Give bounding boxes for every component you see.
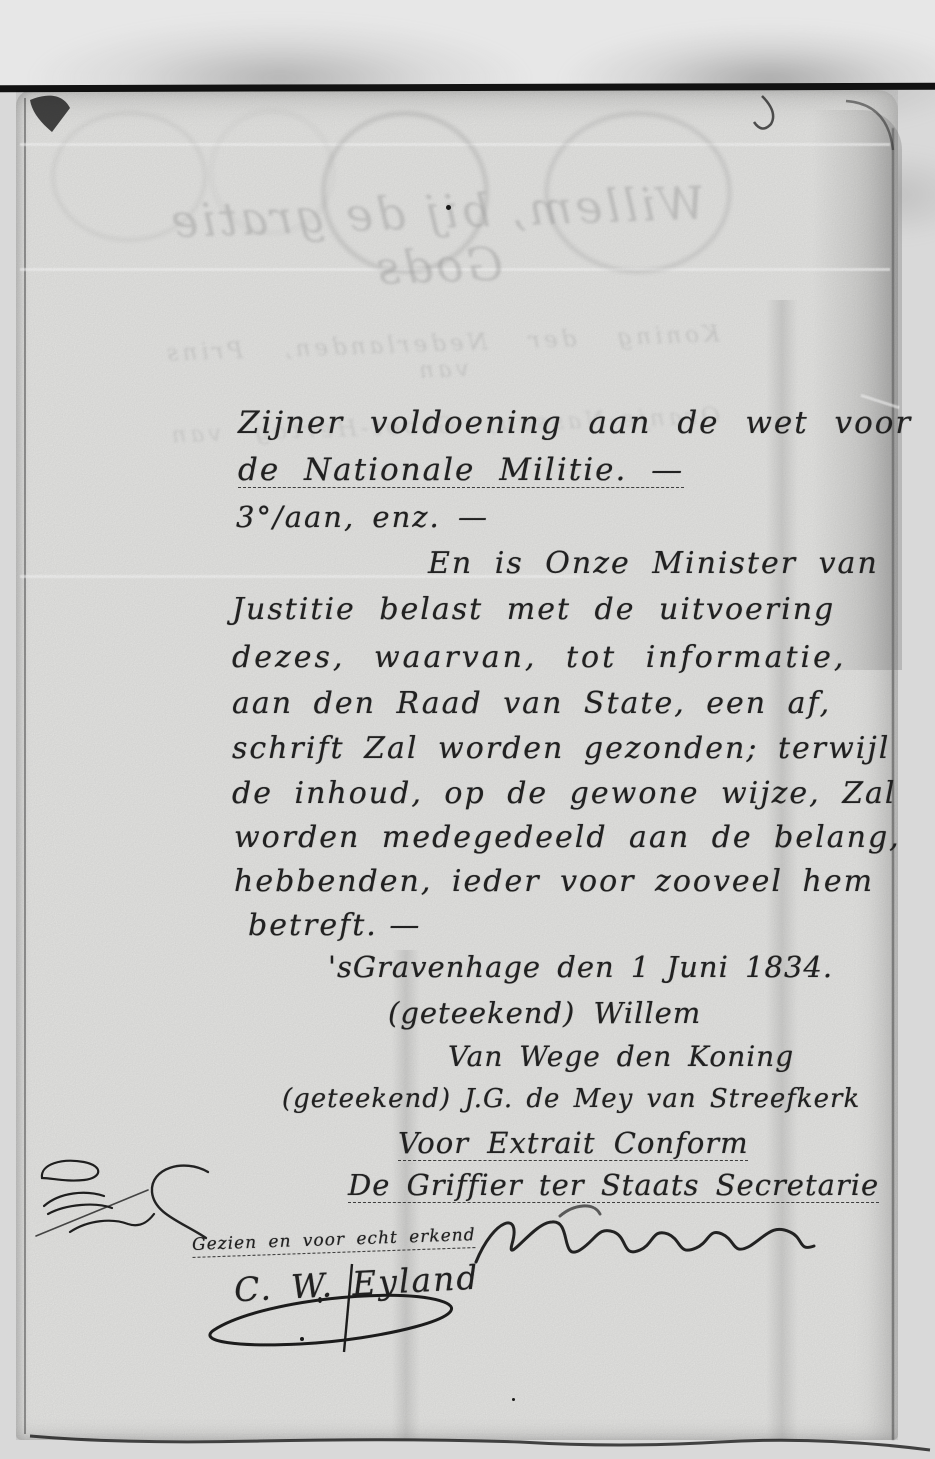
manuscript-line-15: Van Wege den Koning [448,1040,794,1073]
bleedthrough-line: Willem, bij de gratie Gods [116,174,759,304]
manuscript-line-13: 'sGravenhage den 1 Juni 1834. [328,950,833,984]
paper-left-edge [24,98,26,1434]
ink-speck [512,1398,515,1401]
manuscript-line-1: Zijner voldoening aan de wet voor [238,405,912,441]
manuscript-line-14: (geteekend) Willem [388,996,701,1030]
manuscript-line-6: dezes, waarvan, tot informatie, [232,640,846,675]
manuscript-line-9: de inhoud, op de gewone wijze, Zal [232,776,897,811]
scanned-document-page: { "doc": { "description": "Scanned handw… [0,0,935,1459]
manuscript-line-11: hebbenden, ieder voor zooveel hem [234,864,874,899]
ink-speck [318,1297,322,1303]
ink-speck [446,205,451,210]
manuscript-line-3: 3°/aan, enz. — [236,500,489,534]
manuscript-line-4: En is Onze Minister van [428,546,879,581]
manuscript-line-8: schrift Zal worden gezonden; terwijl [232,731,890,766]
bleedthrough-line: Koning der Nederlanden, Prins van [121,320,762,394]
manuscript-line-17: Voor Extrait Conform [398,1126,749,1160]
manuscript-line-5: Justitie belast met de uitvoering [232,592,835,627]
manuscript-line-7: aan den Raad van State, een af, [232,686,831,721]
manuscript-line-12: betreft. — [248,908,421,943]
manuscript-line-10: worden medegedeeld aan de belang, [234,820,901,855]
manuscript-line-16: (geteekend) J.G. de Mey van Streefkerk [282,1084,860,1114]
ink-speck [300,1337,304,1341]
manuscript-line-18: De Griffier ter Staats Secretarie [348,1168,879,1202]
paper-right-shading [812,110,902,670]
manuscript-line-2: de Nationale Militie. — [238,452,684,488]
